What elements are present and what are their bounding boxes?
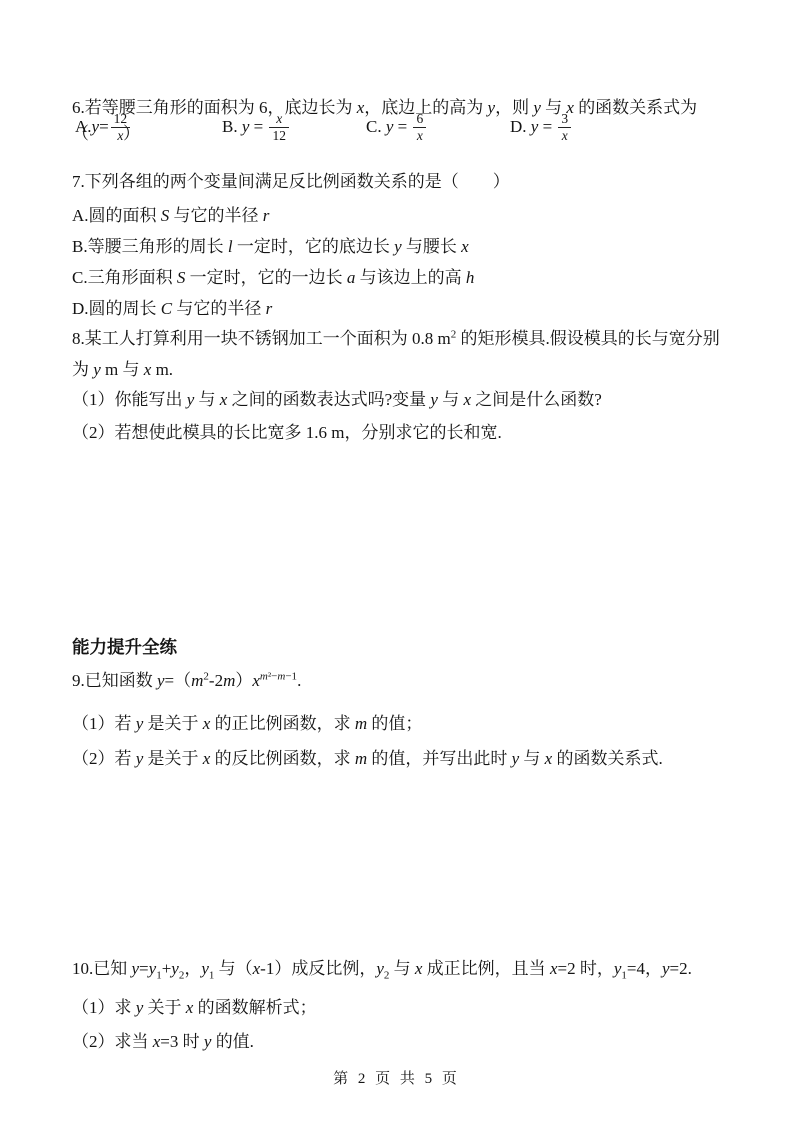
question-6-option-b: B. y = x12 [222, 111, 291, 143]
page-footer: 第 2 页 共 5 页 [0, 1067, 793, 1088]
worksheet-page: 6.若等腰三角形的面积为 6，底边长为 x，底边上的高为 y，则 y 与 x 的… [0, 0, 793, 1122]
question-10-stem: 10.已知 y=y1+y2，y1 与（x-1）成反比例，y2 与 x 成正比例，… [72, 956, 725, 982]
question-7-option-b: B.等腰三角形的周长 l 一定时，它的底边长 y 与腰长 x [72, 234, 725, 260]
question-9-part-1: （1）若 y 是关于 x 的正比例函数，求 m 的值； [72, 711, 725, 737]
question-9-part-2: （2）若 y 是关于 x 的反比例函数，求 m 的值，并写出此时 y 与 x 的… [72, 746, 725, 772]
question-6-options: A.y=12x B. y = x12 C. y = 6x D. y = 3x [72, 111, 725, 151]
section-header: 能力提升全练 [72, 634, 725, 660]
question-8-stem: 8.某工人打算利用一块不锈钢加工一个面积为 0.8 m2 的矩形模具.假设模具的… [72, 323, 725, 385]
question-7-stem: 7.下列各组的两个变量间满足反比例函数关系的是（ ） [72, 169, 725, 195]
question-8-part-2: （2）若想使此模具的长比宽多 1.6 m，分别求它的长和宽. [72, 420, 725, 446]
question-7-option-a: A.圆的面积 S 与它的半径 r [72, 203, 725, 229]
question-10-part-1: （1）求 y 关于 x 的函数解析式； [72, 995, 725, 1021]
question-10-part-2: （2）求当 x=3 时 y 的值. [72, 1029, 725, 1055]
question-6-option-c: C. y = 6x [366, 111, 428, 143]
question-6-option-a: A.y=12x [75, 111, 132, 143]
question-7-option-d: D.圆的周长 C 与它的半径 r [72, 296, 725, 322]
question-8-part-1: （1）你能写出 y 与 x 之间的函数表达式吗?变量 y 与 x 之间是什么函数… [72, 387, 725, 413]
question-9-stem: 9.已知函数 y=（m2-2m）xm²−m−1. [72, 668, 725, 694]
question-7-option-c: C.三角形面积 S 一定时，它的一边长 a 与该边上的高 h [72, 265, 725, 291]
question-6-option-d: D. y = 3x [510, 111, 573, 143]
